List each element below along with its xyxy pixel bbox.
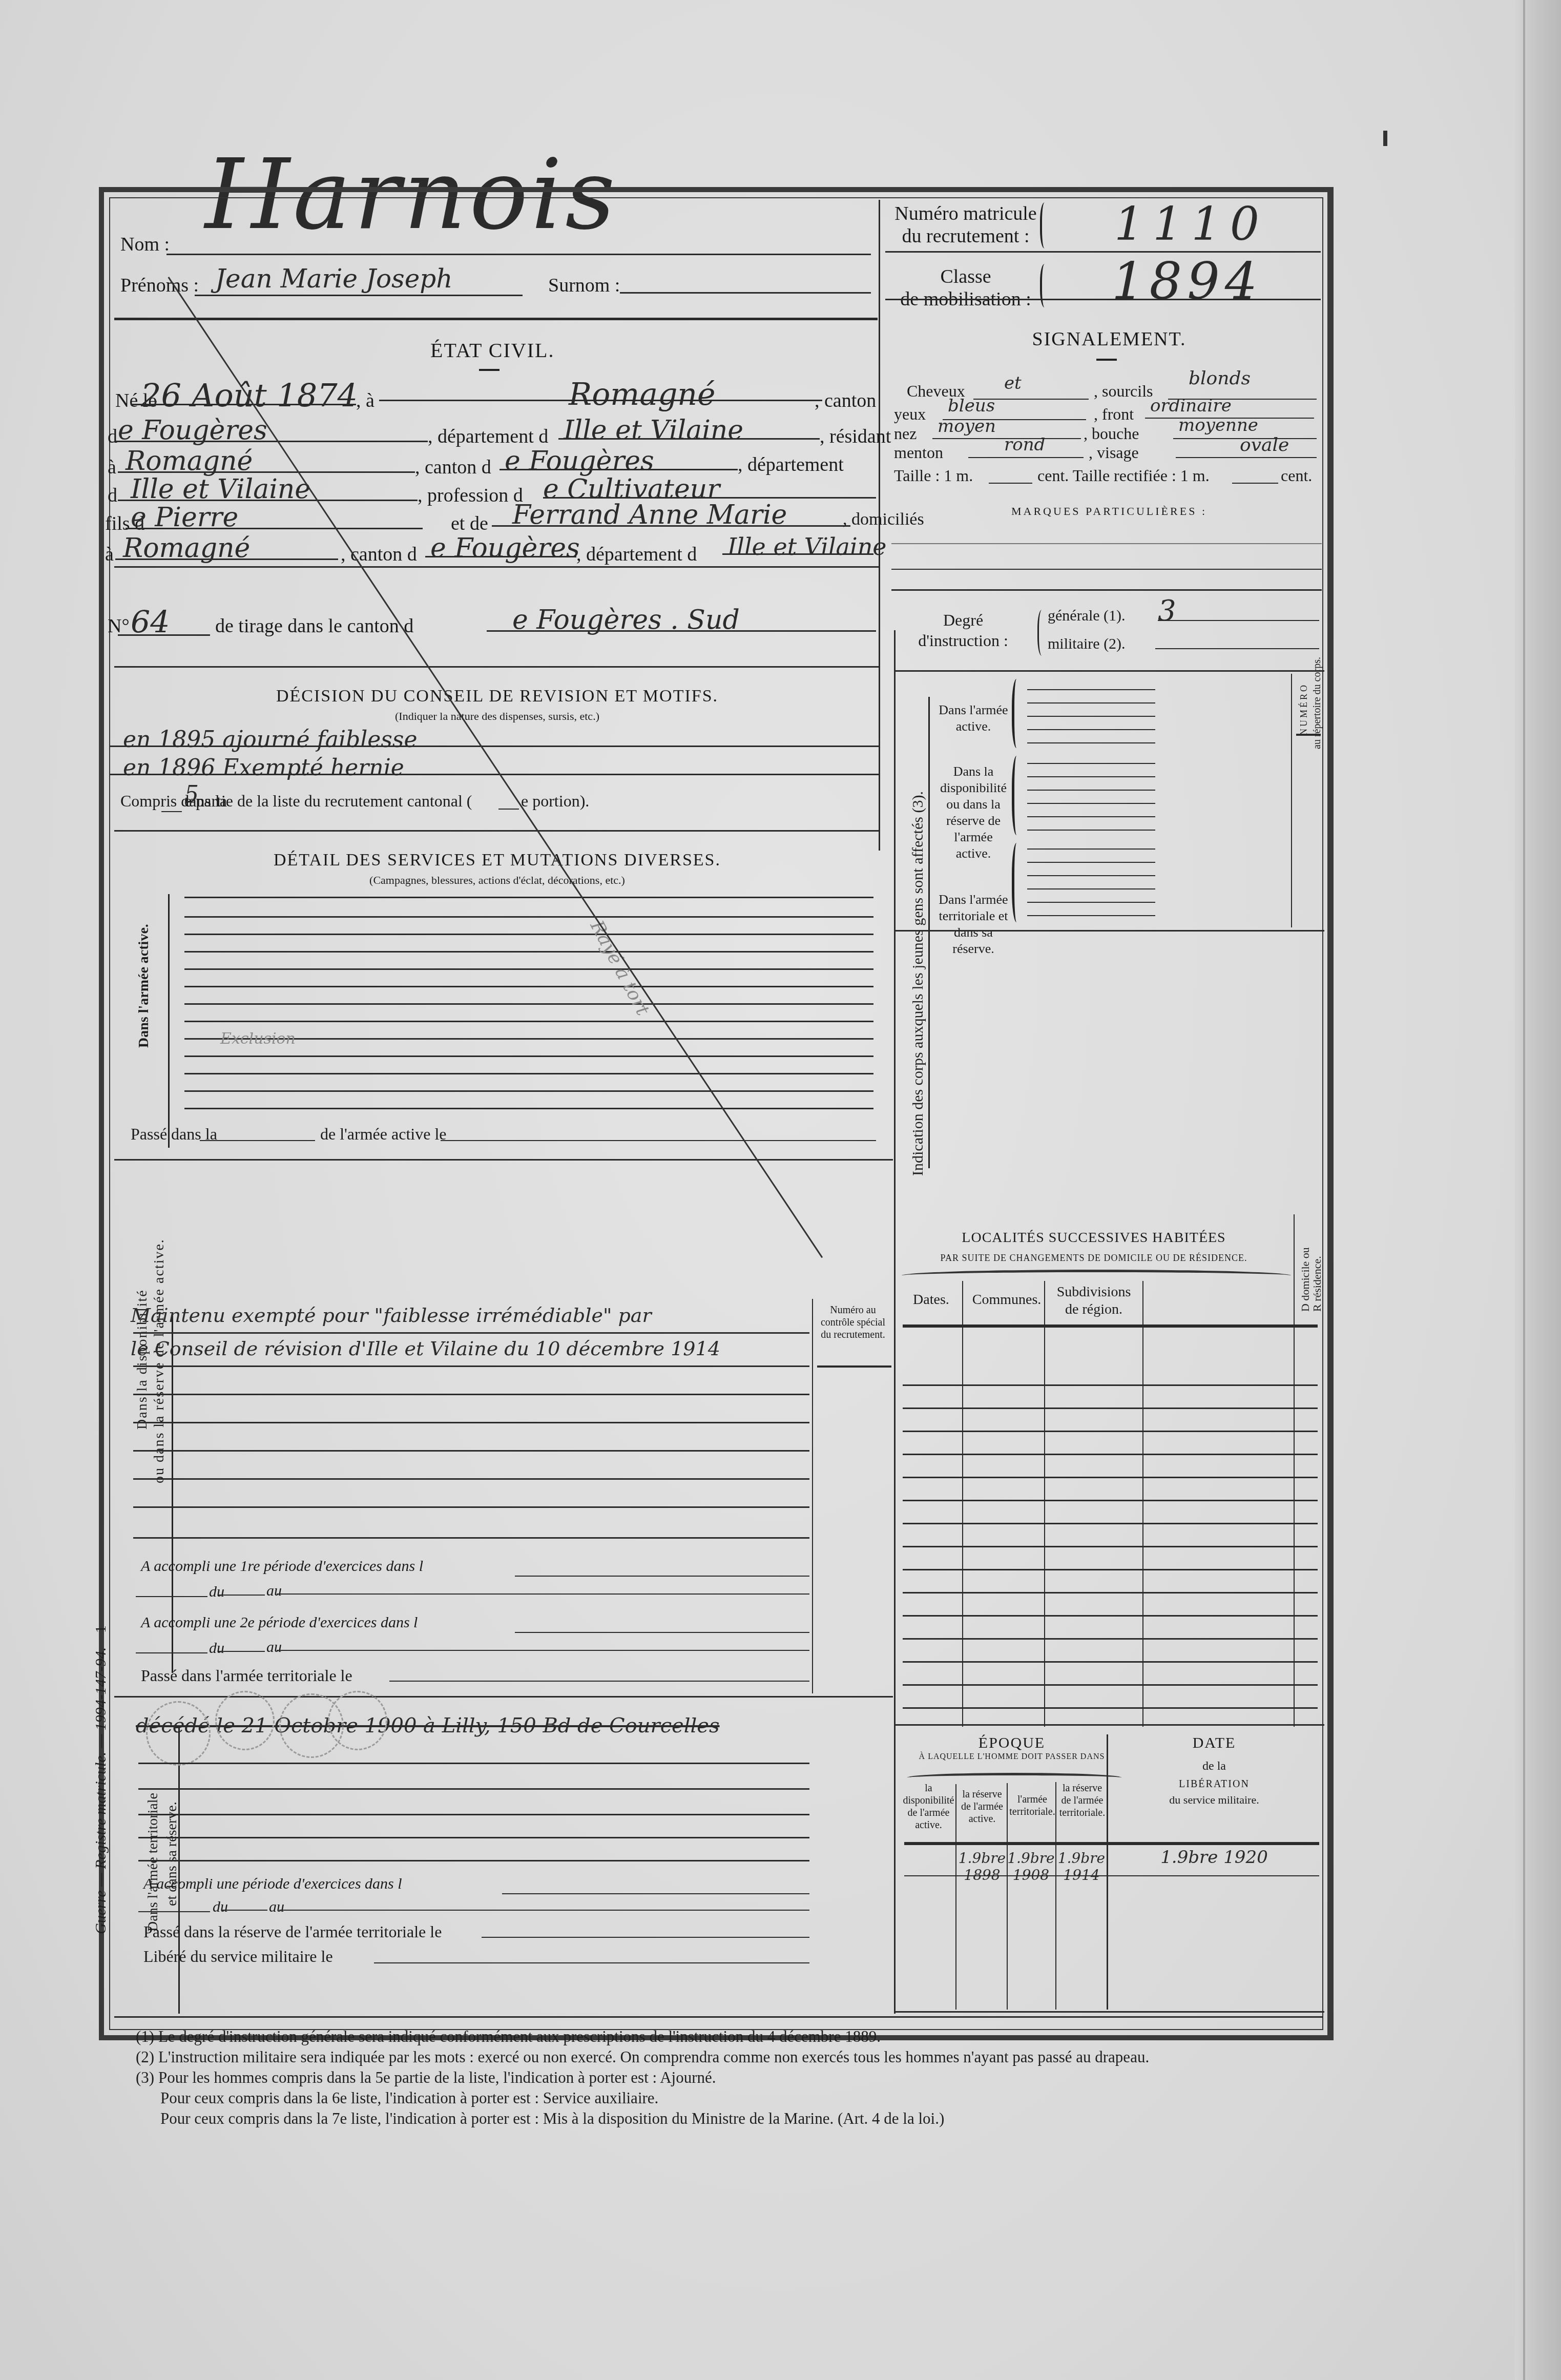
passe-territoriale-line (389, 1681, 809, 1682)
yeux-value: bleus (948, 396, 995, 416)
profession-label: , profession d (418, 484, 523, 507)
active-side-brace (168, 894, 179, 1148)
periode1-label: A accompli une 1re période d'exercices d… (141, 1558, 423, 1575)
faint-annotation-2: Exclusion (220, 1030, 296, 1048)
periode2-du-pre (136, 1652, 207, 1653)
visage-line (1176, 457, 1317, 458)
libere-line (374, 1962, 809, 1963)
numero-divider (1291, 674, 1292, 927)
prenoms-value: Jean Marie Joseph (215, 264, 453, 294)
footnote-3b: Pour ceux compris dans la 6e liste, l'in… (136, 2088, 1314, 2108)
disponibilite-rule-7 (133, 1506, 809, 1508)
parents-canton-line (425, 556, 576, 557)
canton-d-label: , canton d (415, 456, 491, 479)
territoriale-du-pre (138, 1911, 210, 1912)
birth-place: Romagné (569, 377, 716, 412)
residence-line (118, 471, 415, 473)
territoriale-rule-3 (138, 1814, 809, 1815)
brace-active (1012, 679, 1024, 748)
brace-disponibilite (1012, 756, 1024, 835)
surnom-line (620, 292, 871, 294)
passe-line (200, 1140, 315, 1141)
menton-value: rond (1004, 434, 1045, 455)
decision-line-2: en 1896 Exempté hernie (123, 755, 404, 781)
localites-header-rule (903, 1324, 1318, 1328)
disponibilite-rule-6 (133, 1478, 809, 1480)
periode2-label: A accompli une 2e période d'exercices da… (141, 1614, 418, 1631)
prenoms-line (195, 295, 523, 296)
periode2-du: du (209, 1640, 224, 1657)
localites-col-subdivisions: Subdivisions de région. (1050, 1284, 1137, 1318)
services-divider (114, 1159, 893, 1161)
footnotes: (1) Le degré d'instruction générale sera… (136, 2026, 1314, 2129)
front-label: , front (1094, 405, 1134, 424)
epoque-title: ÉPOQUE (902, 1734, 1122, 1752)
epoque-divider (894, 2011, 1324, 2013)
numero-underline (1296, 734, 1321, 736)
nom-line (166, 254, 871, 255)
portion-suffix: e portion). (521, 792, 589, 811)
periode2-line (515, 1632, 809, 1633)
tirage-label: de tirage dans le canton d (215, 615, 413, 637)
nom-label: Nom : (120, 233, 170, 256)
date-liberation-value: 1.9bre 1920 (1109, 1847, 1319, 1868)
margin-mark (1383, 131, 1387, 146)
epoque-div-1 (955, 1784, 956, 2010)
visage-label: , visage (1089, 443, 1139, 462)
decision-divider (114, 830, 880, 832)
page-edge-line (1523, 0, 1525, 2380)
signalement-dash (1096, 359, 1117, 361)
controle-underline (817, 1365, 891, 1368)
localites-subtitle: PAR SUITE DE CHANGEMENTS DE DOMICILE OU … (899, 1253, 1288, 1264)
epoque-value-reserve-active: 1.9bre 1898 (956, 1850, 1008, 1884)
residant-label: , résidant (820, 425, 891, 448)
sourcils-value: blonds (1189, 368, 1251, 389)
instruction-label: Degré d'instruction : (907, 610, 1019, 651)
stamp-2 (215, 1691, 275, 1750)
localites-rows (903, 1363, 1318, 1722)
territoriale-rule-4 (138, 1837, 809, 1838)
numero-controle-label: Numéro au contrôle spécial du recrutemen… (815, 1304, 891, 1341)
periode2-au: au (266, 1639, 282, 1656)
residence-departement-line (118, 500, 418, 501)
instruction-generale-label: générale (1). (1048, 607, 1126, 625)
residence-canton-line (499, 469, 738, 470)
corps-section-territoriale: Dans l'armée territoriale et dans sa rés… (938, 892, 1009, 957)
classe-divider (885, 299, 1321, 300)
taille-line (989, 483, 1032, 484)
mother-line (492, 525, 850, 527)
disponibilite-rule-8 (133, 1537, 809, 1539)
a3-label: à (105, 543, 114, 566)
decision-title: DÉCISION DU CONSEIL DE REVISION ET MOTIF… (114, 687, 880, 706)
epoque-col-disponibilite: la disponibilité de l'armée active. (902, 1782, 955, 1831)
epoque-subtitle: À LAQUELLE L'HOMME DOIT PASSER DANS (902, 1752, 1122, 1762)
stamp-4 (328, 1691, 387, 1750)
passe-territoriale-label: Passé dans l'armée territoriale le (141, 1666, 352, 1685)
territoriale-rule-5 (138, 1860, 809, 1861)
epoque-div-2 (1007, 1783, 1008, 2010)
taille-label: Taille : 1 m. (894, 466, 973, 485)
passe-reserve-line (482, 1937, 809, 1938)
column-divider-right (894, 630, 896, 2014)
controle-divider-left (812, 1299, 813, 1693)
periode2-au-line (277, 1650, 809, 1651)
signalement-title: SIGNALEMENT. (894, 328, 1324, 350)
localites-title: LOCALITÉS SUCCESSIVES HABITÉES (899, 1230, 1288, 1246)
departement2-label: , département (738, 453, 844, 476)
footnote-3: (3) Pour les hommes compris dans la 5e p… (136, 2067, 1314, 2088)
localites-col-dates: Dates. (902, 1291, 961, 1309)
classe-label: Classe de mobilisation : (884, 265, 1048, 311)
marques-line-2 (891, 569, 1322, 570)
tirage-no-line (118, 634, 210, 636)
passe-mid-label: de l'armée active le (320, 1125, 447, 1144)
surnom-label: Surnom : (548, 274, 620, 297)
territoriale-periode-line (502, 1893, 809, 1894)
footnotes-top-rule (114, 2016, 1323, 2018)
a2-label: à (108, 456, 116, 479)
imprint-text: Guerre — Registre matricule. — 1994-147-… (92, 1625, 110, 1934)
bouche-value: moyenne (1178, 415, 1258, 436)
epoque-header-rule (904, 1842, 1319, 1845)
decision-line-1: en 1895 ajourné faiblesse (123, 727, 418, 753)
services-subtitle: (Campagnes, blessures, actions d'éclat, … (114, 874, 880, 887)
brace-territoriale (1012, 843, 1024, 922)
date-sub: de la (1109, 1757, 1319, 1775)
nez-value: moyen (938, 416, 996, 437)
periode1-au-line (277, 1593, 809, 1595)
matricule-label: Numéro matricule du recrutement : (884, 202, 1048, 247)
decision-subtitle: (Indiquer la nature des dispenses, sursi… (114, 710, 880, 723)
passe-reserve-label: Passé dans la réserve de l'armée territo… (143, 1922, 442, 1941)
date-liberation: LIBÉRATION (1109, 1775, 1319, 1793)
epoque-brace (907, 1773, 1122, 1783)
territoriale-rule-2 (138, 1788, 809, 1790)
canton-label: , canton (815, 389, 876, 412)
passe-date-line (441, 1140, 876, 1141)
birth-date-line (131, 404, 356, 405)
nez-label: nez (894, 424, 917, 443)
periode1-du: du (209, 1583, 224, 1601)
sourcils-label: , sourcils (1094, 382, 1153, 401)
disponibilite-rule-3 (133, 1394, 809, 1395)
territoriale-du: du (213, 1898, 228, 1916)
territoriale-periode-label: A accompli une période d'exercices dans … (143, 1875, 402, 1893)
instruction-militaire-line (1155, 648, 1319, 649)
birth-departement: Ille et Vilaine (564, 415, 743, 446)
decision-line-1-rule (110, 746, 879, 747)
periode1-du-pre (136, 1596, 207, 1597)
portion-line (498, 809, 519, 810)
localites-divider (894, 1724, 1324, 1726)
periode1-du-line (219, 1595, 265, 1596)
disponibilite-entry-rule-1 (133, 1332, 809, 1334)
territoriale-au-line (279, 1910, 809, 1911)
epoque-col-reserve-active: la réserve de l'armée active. (956, 1788, 1008, 1825)
instruction-militaire-label: militaire (2). (1048, 635, 1126, 653)
instruction-divider (894, 670, 1324, 672)
epoque-col-reserve-territoriale: la réserve de l'armée territoriale. (1058, 1782, 1107, 1819)
corps-section-active: Dans l'armée active. (938, 702, 1009, 735)
departement3-label: , département d (576, 543, 697, 566)
page-edge-shadow (1515, 0, 1561, 2380)
birth-departement-line (558, 438, 820, 440)
territoriale-au: au (269, 1898, 284, 1916)
stamp-1 (146, 1701, 211, 1766)
cent-label: cent. (1281, 466, 1312, 485)
birth-place-line (379, 400, 822, 401)
cheveux-value: et (1004, 373, 1022, 394)
birth-date: 26 Août 1874 (141, 377, 358, 414)
epoque-div-3 (1055, 1782, 1056, 2010)
epoque-div-4 (1107, 1734, 1108, 2010)
active-side-label: Dans l'armée active. (136, 924, 152, 1048)
classe-value: 1894 (1112, 251, 1263, 311)
departement-label: , département d (428, 425, 548, 448)
a-label: , à (356, 389, 374, 412)
epoque-value-territoriale: 1.9bre 1908 (1007, 1850, 1055, 1884)
localites-r-label: R résidence. (1310, 1256, 1324, 1312)
periode2-du-line (219, 1651, 265, 1652)
title-dash (479, 369, 499, 371)
services-title: DÉTAIL DES SERVICES ET MUTATIONS DIVERSE… (114, 851, 880, 870)
epoque-row-rule (904, 1875, 1319, 1876)
corps-side-label: Indication des corps auxquels les jeunes… (909, 791, 927, 1176)
territoriale-du-line (221, 1910, 267, 1911)
disponibilite-rule-5 (133, 1450, 809, 1452)
periode1-au: au (266, 1582, 282, 1600)
territoriale-rule-1 (138, 1763, 809, 1764)
matricule-brace (1040, 202, 1051, 249)
birth-canton-line (115, 441, 428, 442)
menton-label: menton (894, 443, 943, 462)
classe-brace (1040, 264, 1051, 307)
footnote-2: (2) L'instruction militaire sera indiqué… (136, 2047, 1314, 2067)
tirage-divider (114, 666, 880, 668)
front-value: ordinaire (1150, 396, 1232, 416)
marques-line-1 (891, 543, 1322, 544)
marques-divider (891, 589, 1322, 591)
profession-line (543, 497, 876, 499)
d-label: d (108, 425, 117, 448)
corps-section-disponibilite: Dans la disponibilité ou dans la réserve… (938, 763, 1009, 862)
decision-line-2-rule (110, 774, 879, 775)
etat-civil-title: ÉTAT CIVIL. (430, 338, 554, 362)
footnote-3c: Pour ceux compris dans la 7e liste, l'in… (136, 2108, 1314, 2129)
parents-departement: Ille et Vilaine (727, 533, 887, 561)
corps-divider (894, 930, 1324, 932)
date-title: DATE (1109, 1734, 1319, 1752)
taille-rectifiee-label: cent. Taille rectifiée : 1 m. (1037, 466, 1210, 485)
bouche-label: , bouche (1084, 424, 1139, 443)
periode1-line (515, 1576, 809, 1577)
tirage-canton-line (487, 630, 876, 632)
et-de-label: et de (451, 512, 488, 535)
taille-rectifiee-line (1232, 483, 1278, 484)
visage-value: ovale (1240, 434, 1289, 456)
localites-brace (902, 1270, 1291, 1281)
disponibilite-entry-line-1: Maintenu exempté pour "faiblesse irréméd… (131, 1304, 652, 1327)
disponibilite-side-label-2: ou dans la réserve de l'armée active. (151, 1238, 168, 1483)
matricule-value: 1110 (1114, 197, 1268, 251)
menton-line (968, 457, 1084, 458)
disponibilite-entry-rule-2 (133, 1365, 809, 1367)
footnote-1: (1) Le degré d'instruction générale sera… (136, 2026, 1314, 2047)
compris-line (161, 811, 182, 812)
libere-label: Libéré du service militaire le (143, 1947, 333, 1966)
disponibilite-entry-line-2: le Conseil de révision d'Ille et Vilaine… (131, 1337, 720, 1360)
disponibilite-rule-4 (133, 1422, 809, 1423)
compris-suffix: e partie de la liste du recrutement cant… (184, 792, 472, 811)
territoriale-side-brace (178, 1727, 189, 2014)
parents-departement-line (722, 553, 873, 555)
d2-label: d (108, 484, 117, 507)
father-line (126, 528, 423, 529)
etat-civil-divider (114, 566, 880, 568)
marques-label: MARQUES PARTICULIÈRES : (894, 505, 1324, 518)
epoque-value-reserve-territoriale: 1.9bre 1914 (1056, 1850, 1107, 1884)
date-service: du service militaire. (1140, 1793, 1288, 1807)
numero-label: NUMÉRO (1299, 683, 1309, 735)
header-divider (114, 318, 878, 320)
epoque-col-territoriale: l'armée territoriale. (1009, 1793, 1055, 1818)
localites-col-communes: Communes. (963, 1291, 1050, 1309)
instruction-brace (1037, 610, 1048, 656)
parents-canton: e Fougères (430, 533, 580, 564)
register-page: Harnois Guerre — Registre matricule. — 1… (0, 0, 1561, 2380)
yeux-label: yeux (894, 405, 926, 424)
parents-domicile-line (115, 558, 338, 560)
residence-canton: e Fougères (505, 446, 654, 477)
instruction-generale-line (1158, 620, 1319, 621)
prenoms-label: Prénoms : (120, 274, 199, 297)
instruction-generale-value: 3 (1158, 594, 1176, 628)
